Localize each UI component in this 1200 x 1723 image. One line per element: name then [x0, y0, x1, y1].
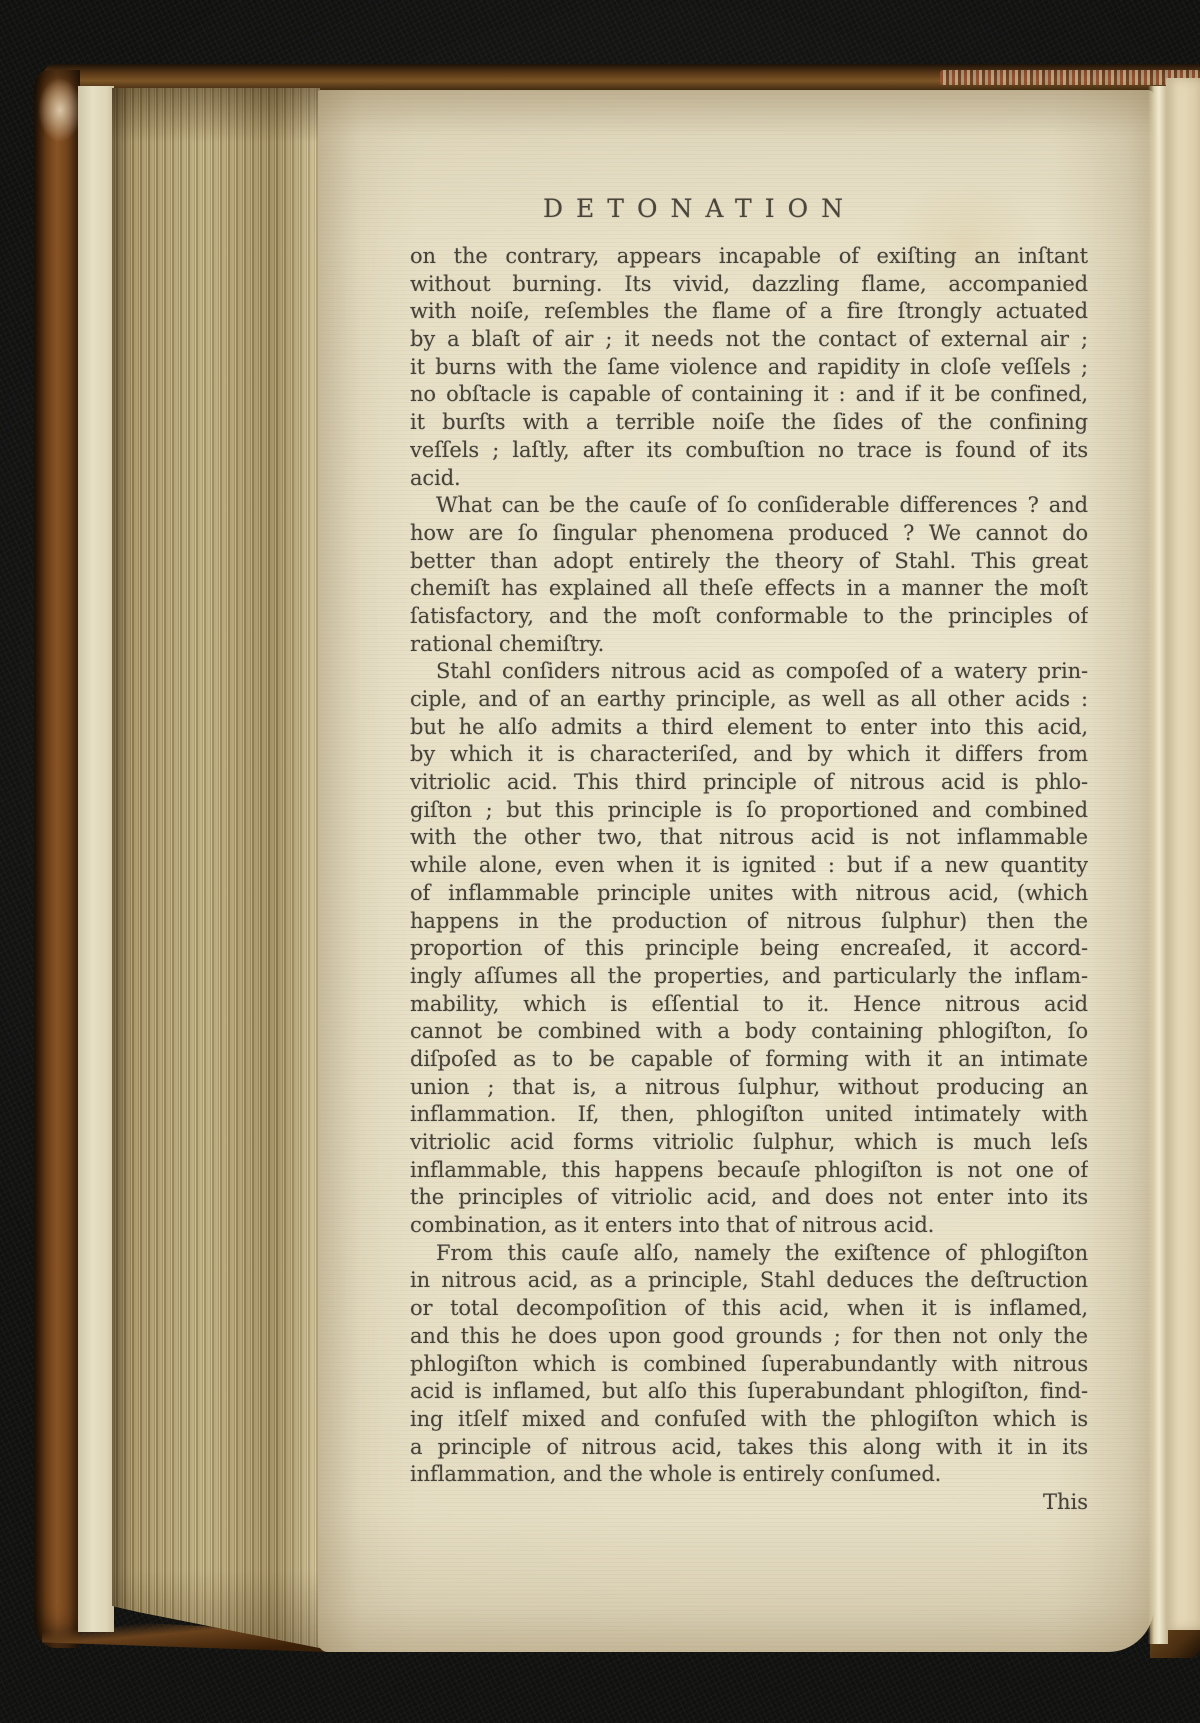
- facing-page-edge: [1166, 78, 1200, 1630]
- text-line: on the contrary, appears incapable of ex…: [410, 243, 1088, 271]
- text-line: inflammation, and the whole is entirely …: [410, 1461, 1088, 1489]
- text-line: What can be the cauſe of ſo conſiderable…: [410, 492, 1088, 520]
- text-line: by which it is characteriſed, and by whi…: [410, 741, 1088, 769]
- text-line: acid.: [410, 465, 1088, 493]
- text-line: how are ſo ſingular phenomena produced ?…: [410, 520, 1088, 548]
- text-line: better than adopt entirely the theory of…: [410, 548, 1088, 576]
- text-line: inflammable, this happens becauſe phlogi…: [410, 1157, 1088, 1185]
- text-line: and this he does upon good grounds ; for…: [410, 1323, 1088, 1351]
- text-line: ingly aſſumes all the properties, and pa…: [410, 963, 1088, 991]
- catchword: This: [410, 1489, 1088, 1517]
- text-line: no obſtacle is capable of containing it …: [410, 381, 1088, 409]
- text-line: a principle of nitrous acid, takes this …: [410, 1434, 1088, 1462]
- text-line: veſſels ; laſtly, after its combuſtion n…: [410, 437, 1088, 465]
- text-line: but he alſo admits a third element to en…: [410, 714, 1088, 742]
- text-line: with the other two, that nitrous acid is…: [410, 824, 1088, 852]
- text-line: vitriolic acid. This third principle of …: [410, 769, 1088, 797]
- text-line: happens in the production of nitrous ſul…: [410, 908, 1088, 936]
- text-line: phlogiſton which is combined ſuperabunda…: [410, 1351, 1088, 1379]
- running-title: DETONATION: [543, 194, 856, 223]
- flyleaf-edge: [78, 86, 114, 1632]
- photograph-of-book-page: { "document": { "header": "DETONATION", …: [0, 0, 1200, 1723]
- text-line: inflammation. If, then, phlogiſton unite…: [410, 1101, 1088, 1129]
- text-line: while alone, even when it is ignited : b…: [410, 852, 1088, 880]
- text-line: combination, as it enters into that of n…: [410, 1212, 1088, 1240]
- text-line: proportion of this principle being encre…: [410, 935, 1088, 963]
- text-line: union ; that is, a nitrous ſulphur, with…: [410, 1074, 1088, 1102]
- text-line: with noiſe, reſembles the flame of a fir…: [410, 298, 1088, 326]
- text-line: ſatisfactory, and the moſt conformable t…: [410, 603, 1088, 631]
- text-line: rational chemiſtry.: [410, 631, 1088, 659]
- text-line: the principles of vitriolic acid, and do…: [410, 1184, 1088, 1212]
- text-line: in nitrous acid, as a principle, Stahl d…: [410, 1267, 1088, 1295]
- text-line: From this cauſe alſo, namely the exiſten…: [410, 1240, 1088, 1268]
- page-text: on the contrary, appears incapable of ex…: [410, 243, 1088, 1489]
- text-line: diſpoſed as to be capable of forming wit…: [410, 1046, 1088, 1074]
- leather-worn-corner: [38, 78, 82, 142]
- text-line: vitriolic acid forms vitriolic ſulphur, …: [410, 1129, 1088, 1157]
- text-line: Stahl conſiders nitrous acid as compoſed…: [410, 658, 1088, 686]
- text-line: of inflammable principle unites with nit…: [410, 880, 1088, 908]
- text-line: chemiſt has explained all theſe effects …: [410, 575, 1088, 603]
- text-line: giſton ; but this principle is ſo propor…: [410, 797, 1088, 825]
- book-headband: [940, 70, 1200, 85]
- text-line: by a blaſt of air ; it needs not the con…: [410, 326, 1088, 354]
- text-line: it burſts with a terrible noiſe the ſide…: [410, 409, 1088, 437]
- text-line: acid is inflamed, but alſo this ſuperabu…: [410, 1378, 1088, 1406]
- text-line: ciple, and of an earthy principle, as we…: [410, 686, 1088, 714]
- text-line: cannot be combined with a body containin…: [410, 1018, 1088, 1046]
- gutter-fold: [1148, 86, 1168, 1644]
- text-line: without burning. Its vivid, dazzling fla…: [410, 271, 1088, 299]
- fore-edge-page-stack: [112, 88, 320, 1648]
- text-line: mability, which is eſſential to it. Henc…: [410, 991, 1088, 1019]
- text-line: it burns with the ſame violence and rapi…: [410, 354, 1088, 382]
- text-line: or total decompoſition of this acid, whe…: [410, 1295, 1088, 1323]
- leather-board-edge: [34, 70, 80, 1648]
- text-line: ing itſelf mixed and confuſed with the p…: [410, 1406, 1088, 1434]
